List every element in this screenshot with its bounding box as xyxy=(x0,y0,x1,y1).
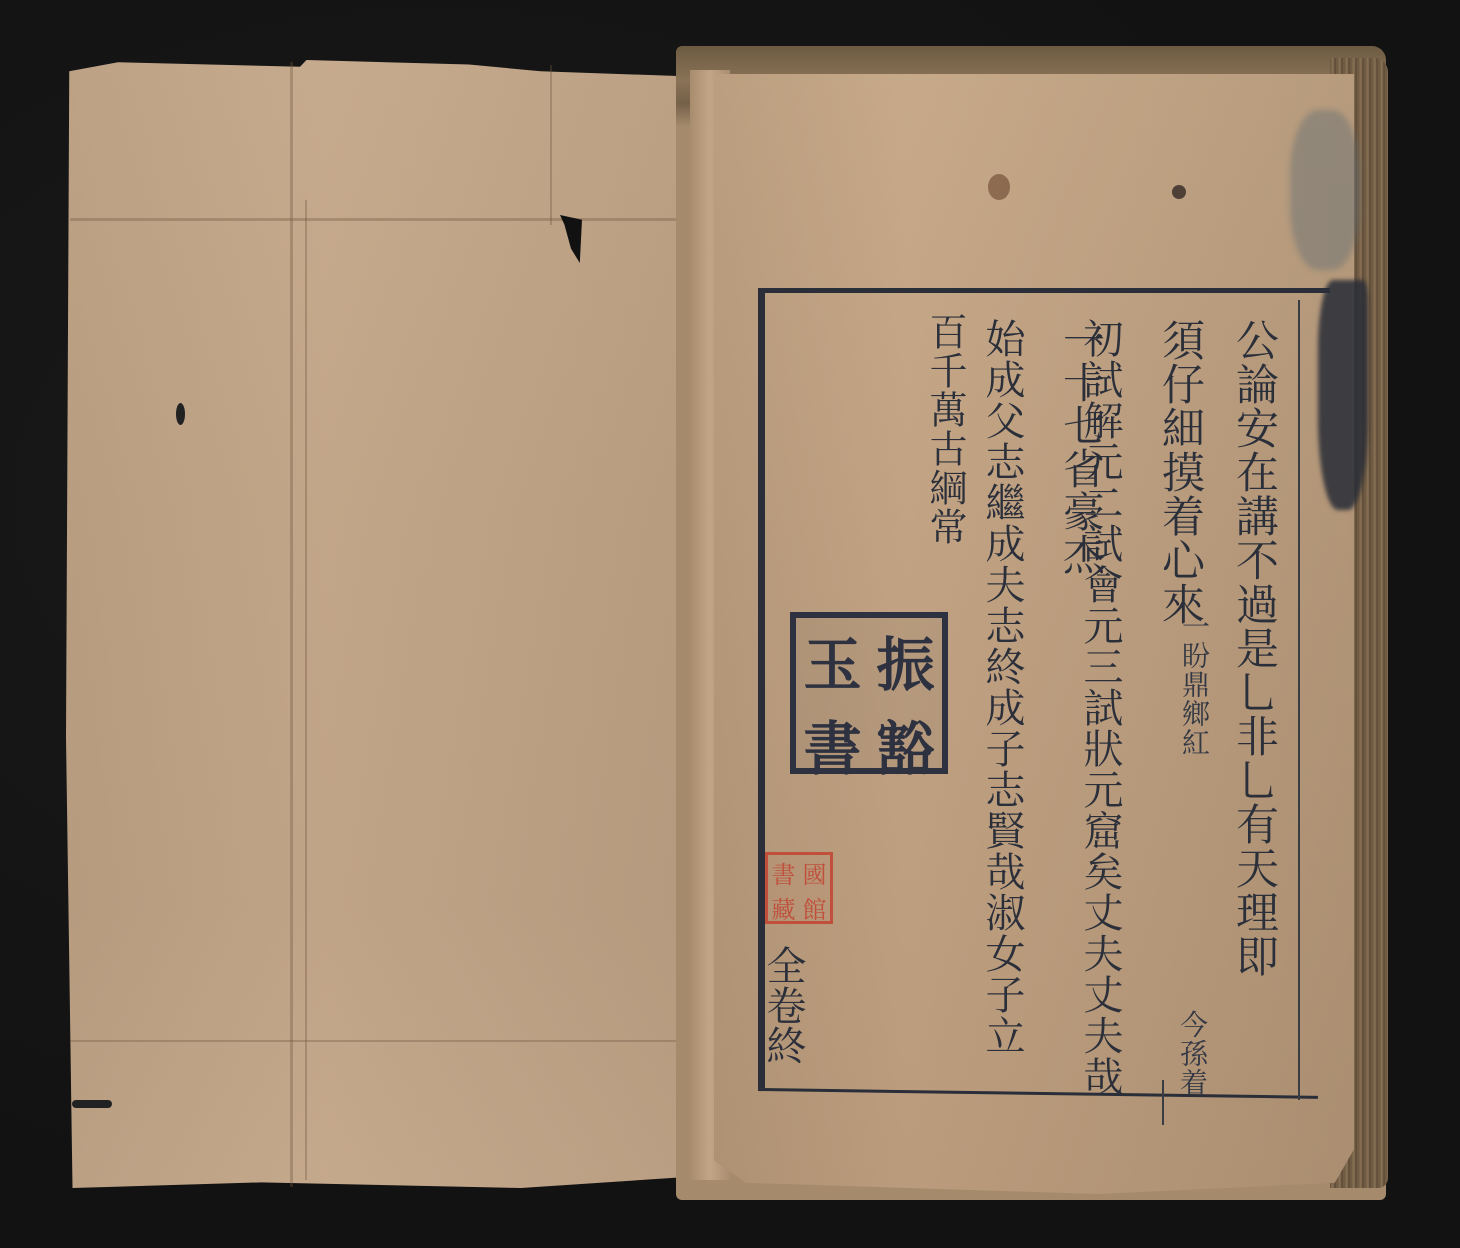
fold-line-vertical-2 xyxy=(305,200,307,1180)
stain-spot xyxy=(988,174,1010,200)
stain-spot xyxy=(1172,185,1186,199)
seal-char: 振 xyxy=(869,618,942,702)
text-column-1: 公論安在講不過是乚非乚有天理即 xyxy=(1232,318,1275,978)
seal-char: 館 xyxy=(799,890,830,925)
red-seal-stamp: 書 國 藏 館 xyxy=(765,852,833,924)
fold-line-vertical xyxy=(290,62,293,1187)
fold-line-right xyxy=(550,65,552,225)
text-column-2: 須仔細摸着心來 xyxy=(1158,318,1201,626)
text-column-2-annotation: 一盼鼎鄉紅 xyxy=(1180,612,1208,757)
text-column-4: 一十七省豪杰 xyxy=(1060,318,1102,576)
volume-end-label: 全卷終 xyxy=(755,945,812,1065)
black-seal-stamp: 玉 振 書 豁 xyxy=(790,612,948,774)
seal-char: 藏 xyxy=(768,890,799,925)
seal-char: 豁 xyxy=(869,702,942,786)
ink-smudge xyxy=(1318,280,1368,510)
seal-char: 書 xyxy=(796,702,869,786)
text-column-6: 百千萬古綱常 xyxy=(926,312,964,546)
seal-char: 書 xyxy=(768,855,799,890)
wormhole xyxy=(176,403,185,425)
wormhole xyxy=(72,1100,112,1108)
seal-char: 國 xyxy=(799,855,830,890)
column-divider xyxy=(1162,1080,1164,1125)
column-divider xyxy=(1298,300,1300,1100)
frame-top-border xyxy=(760,288,1330,293)
left-flyleaf-page xyxy=(66,60,716,1188)
seal-char: 玉 xyxy=(796,618,869,702)
fold-line-horizontal-bottom xyxy=(70,1040,690,1042)
text-column-5: 始成父志繼成夫志終成子志賢哉淑女子立 xyxy=(982,318,1022,1056)
bottom-right-note: 今孫着 xyxy=(1178,1010,1206,1097)
fold-line-horizontal xyxy=(70,218,710,221)
water-stain xyxy=(1290,110,1360,270)
